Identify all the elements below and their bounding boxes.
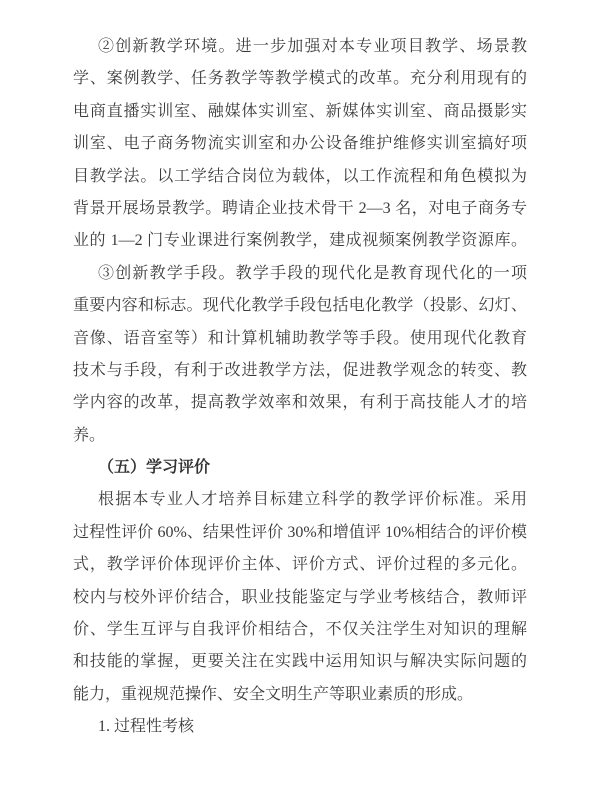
document-page: ②创新教学环境。进一步加强对本专业项目教学、场景教学、案例教学、任务教学等教学模…: [0, 0, 600, 800]
heading-learning-evaluation: （五）学习评价: [73, 452, 527, 484]
text-line: 和技能的掌握，更要关注在实践中运用知识与解决实际问题的: [73, 646, 527, 678]
text-line: 过程性评价 60%、结果性评价 30%和增值评 10%相结合的评价模: [73, 517, 527, 549]
text-line: 1. 过程性考核: [73, 711, 527, 743]
paragraph-process-assessment-item: 1. 过程性考核: [73, 711, 527, 743]
text-line: 养。: [73, 420, 527, 452]
text-line: 电商直播实训室、融媒体实训室、新媒体实训室、商品摄影实: [73, 96, 527, 128]
text-line: 式，教学评价体现评价主体、评价方式、评价过程的多元化。: [73, 549, 527, 581]
text-line: 业的 1—2 门专业课进行案例教学，建成视频案例教学资源库。: [73, 225, 527, 257]
text-line: ②创新教学环境。进一步加强对本专业项目教学、场景教: [73, 31, 527, 63]
text-line: 重要内容和标志。现代化教学手段包括电化教学（投影、幻灯、: [73, 290, 527, 322]
text-line: 学、案例教学、任务教学等教学模式的改革。充分利用现有的: [73, 63, 527, 95]
text-line: （五）学习评价: [73, 452, 527, 484]
text-line: ③创新教学手段。教学手段的现代化是教育现代化的一项: [73, 258, 527, 290]
text-line: 价、学生互评与自我评价相结合，不仅关注学生对知识的理解: [73, 614, 527, 646]
text-line: 训室、电子商务物流实训室和办公设备维护维修实训室搞好项: [73, 128, 527, 160]
paragraph-evaluation-standards: 根据本专业人才培养目标建立科学的教学评价标准。采用过程性评价 60%、结果性评价…: [73, 484, 527, 711]
text-line: 能力，重视规范操作、安全文明生产等职业素质的形成。: [73, 679, 527, 711]
text-line: 音像、语音室等）和计算机辅助教学等手段。使用现代化教育: [73, 323, 527, 355]
document-text: ②创新教学环境。进一步加强对本专业项目教学、场景教学、案例教学、任务教学等教学模…: [73, 31, 527, 744]
text-line: 校内与校外评价结合，职业技能鉴定与学业考核结合，教师评: [73, 582, 527, 614]
text-line: 技术与手段，有利于改进教学方法，促进教学观念的转变、教: [73, 355, 527, 387]
text-line: 根据本专业人才培养目标建立科学的教学评价标准。采用: [73, 484, 527, 516]
text-line: 学内容的改革，提高教学效率和效果，有利于高技能人才的培: [73, 387, 527, 419]
paragraph-innovate-teaching-environment: ②创新教学环境。进一步加强对本专业项目教学、场景教学、案例教学、任务教学等教学模…: [73, 31, 527, 258]
text-line: 目教学法。以工学结合岗位为载体，以工作流程和角色模拟为: [73, 161, 527, 193]
paragraph-innovate-teaching-methods: ③创新教学手段。教学手段的现代化是教育现代化的一项重要内容和标志。现代化教学手段…: [73, 258, 527, 452]
text-line: 背景开展场景教学。聘请企业技术骨干 2—3 名，对电子商务专: [73, 193, 527, 225]
